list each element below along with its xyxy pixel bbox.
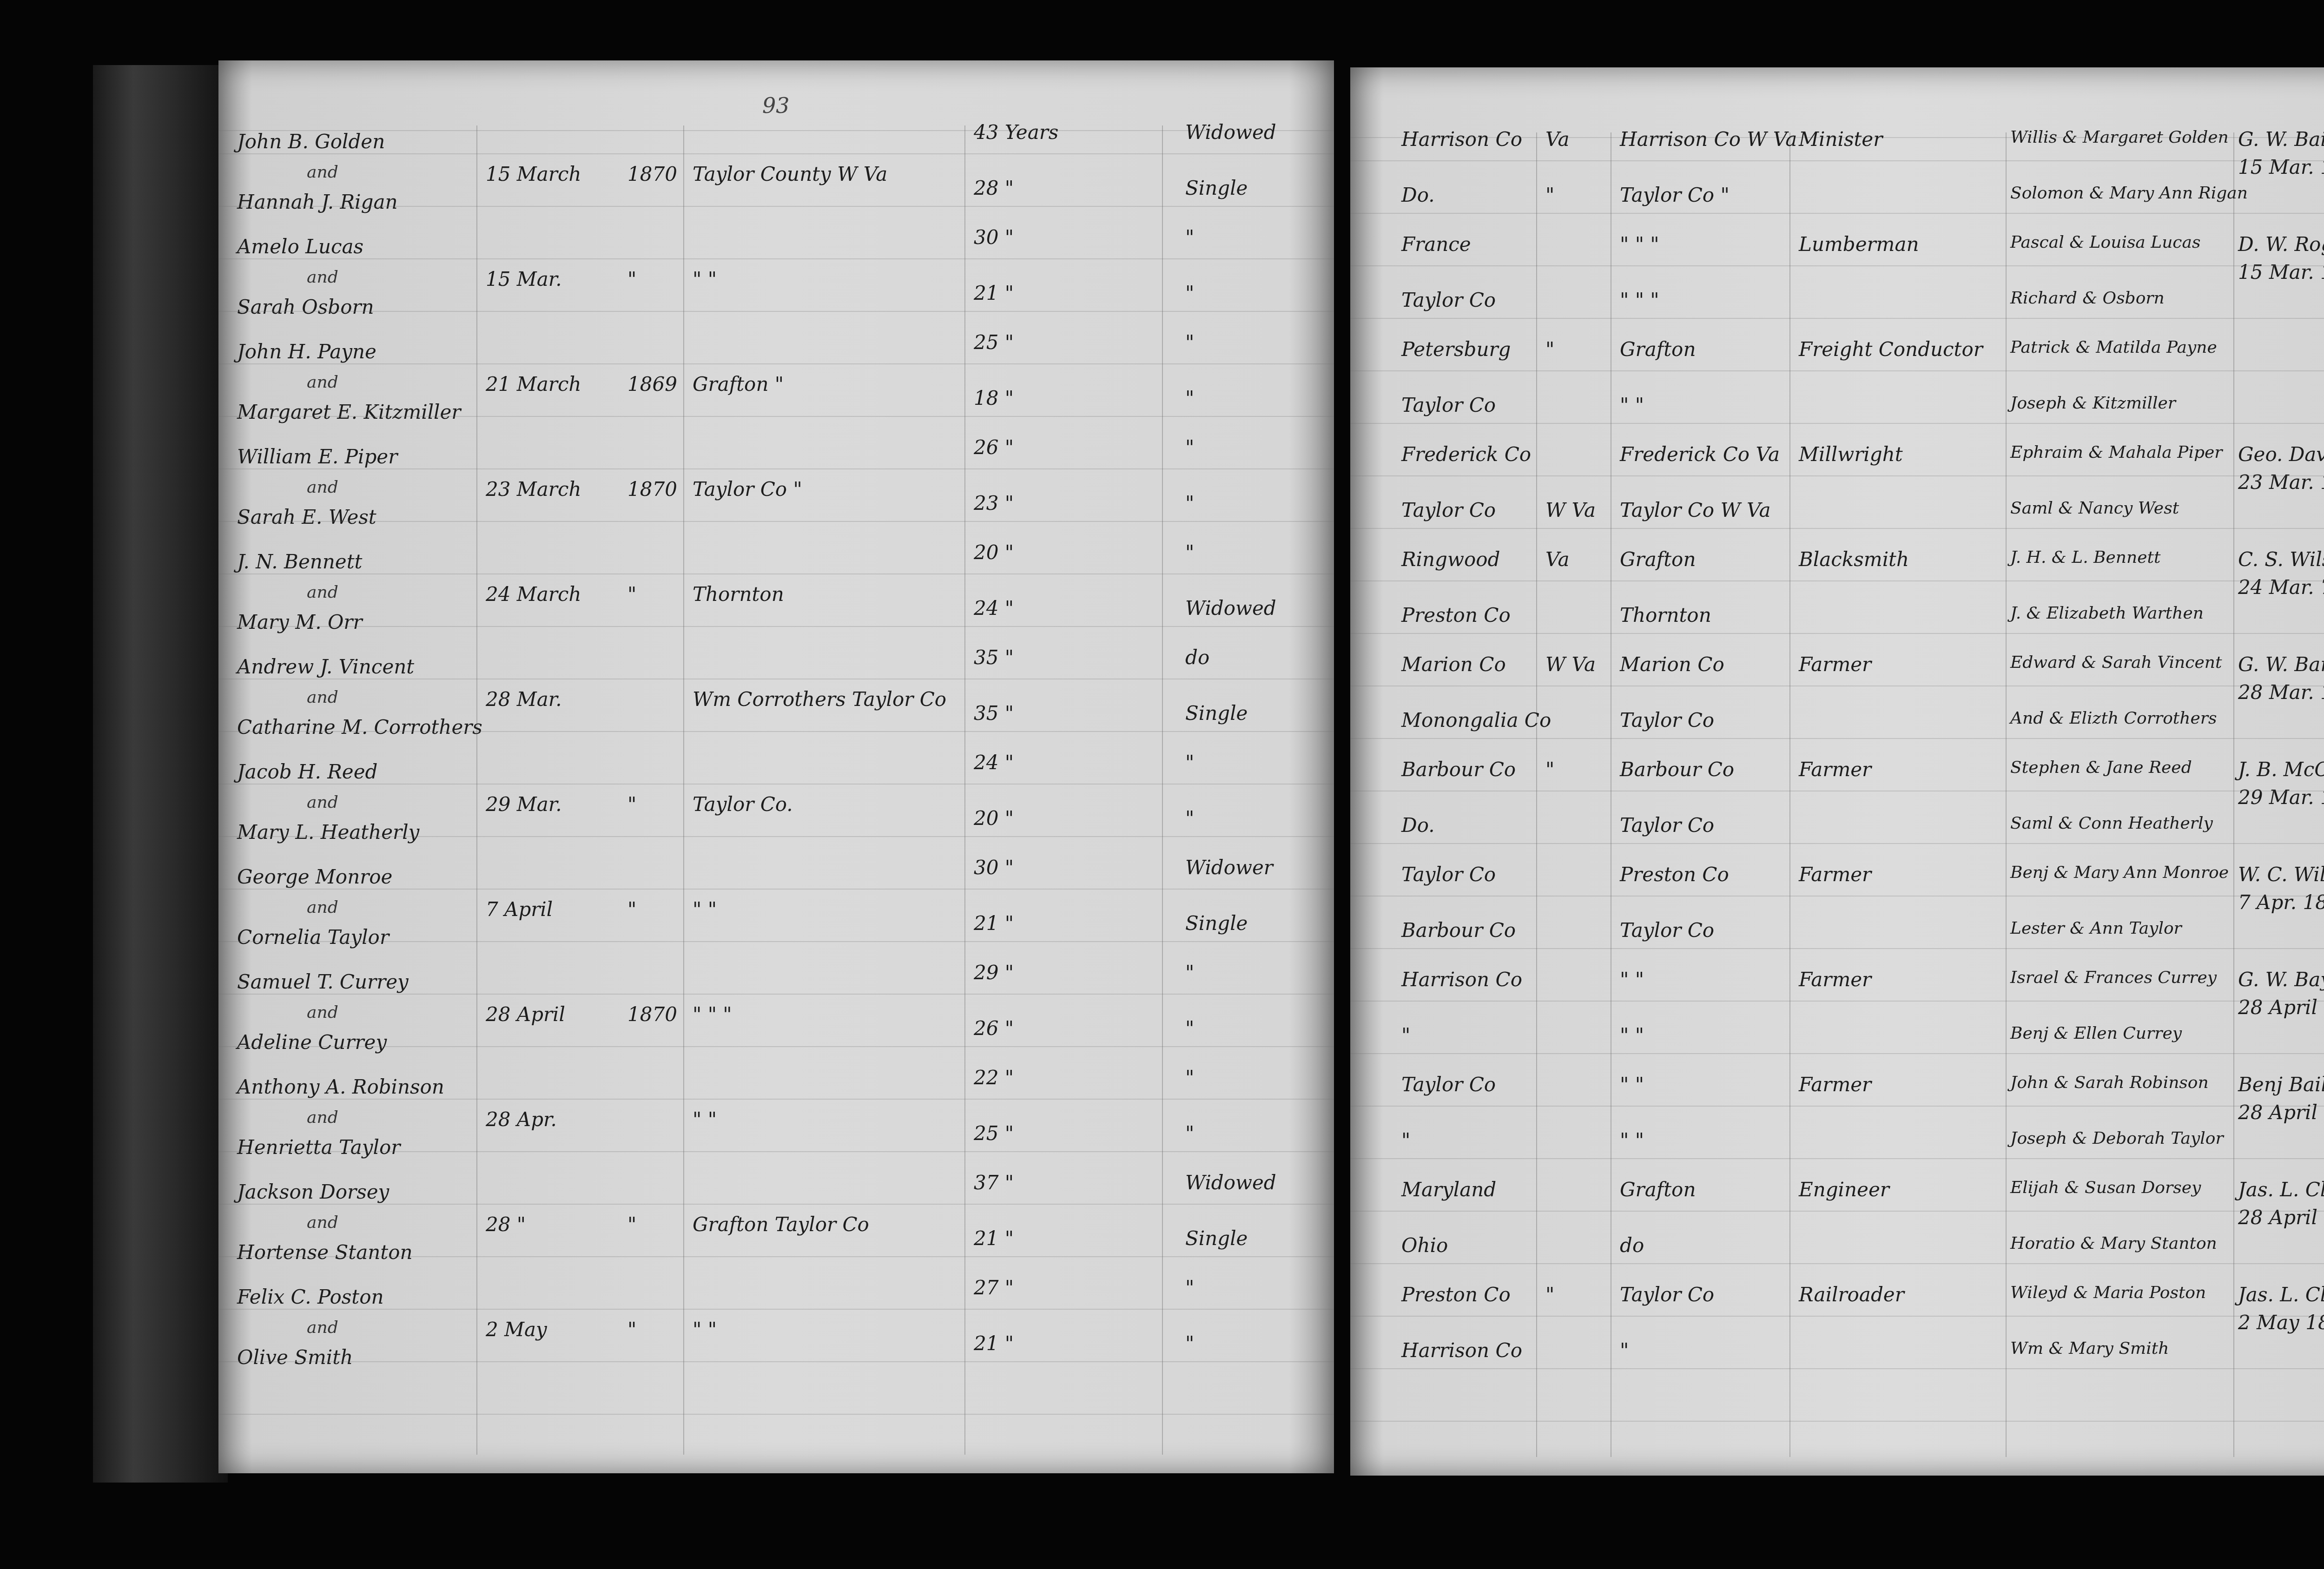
bride-birthplace: Ohio bbox=[1401, 1234, 1448, 1257]
marriage-year: " bbox=[627, 583, 636, 606]
groom-parents: J. H. & L. Bennett bbox=[2010, 548, 2160, 567]
groom-residence: Barbour Co bbox=[1620, 758, 1734, 781]
bride-name: Catharine M. Corrothers bbox=[237, 716, 482, 738]
groom-name: William E. Piper bbox=[237, 445, 397, 468]
ruled-line bbox=[218, 1361, 1334, 1362]
header-rule bbox=[218, 130, 1334, 131]
groom-age: 30 " bbox=[974, 226, 1014, 249]
bride-residence: " " bbox=[1620, 1024, 1644, 1047]
groom-parents: Benj & Mary Ann Monroe bbox=[2010, 863, 2229, 882]
column-divider bbox=[964, 125, 965, 1455]
officiant-date: 28 April 1870 bbox=[2238, 1101, 2324, 1124]
marriage-date: 28 " bbox=[486, 1213, 526, 1236]
bride-age: 23 " bbox=[974, 492, 1014, 514]
groom-residence: Taylor Co bbox=[1620, 1283, 1714, 1306]
groom-birthplace: Maryland bbox=[1401, 1178, 1496, 1201]
groom-name: J. N. Bennett bbox=[237, 550, 362, 573]
ruled-line bbox=[1350, 791, 2324, 791]
bride-age: 21 " bbox=[974, 912, 1014, 935]
groom-name: John B. Golden bbox=[237, 130, 385, 153]
bride-birthplace: Taylor Co bbox=[1401, 499, 1496, 521]
marriage-place: " " bbox=[693, 898, 717, 921]
bride-status: Single bbox=[1185, 1227, 1248, 1250]
bride-birthplace: " bbox=[1401, 1024, 1410, 1047]
marriage-date: 28 Mar. bbox=[486, 688, 562, 711]
groom-status: Widower bbox=[1185, 856, 1273, 879]
ruled-line bbox=[1350, 370, 2324, 371]
groom-residence: Grafton bbox=[1620, 338, 1696, 361]
bride-status: " bbox=[1185, 282, 1194, 304]
ruled-line bbox=[1350, 318, 2324, 319]
ruled-line bbox=[1350, 686, 2324, 686]
groom-parents: Willis & Margaret Golden bbox=[2010, 128, 2229, 147]
marriage-date: 28 Apr. bbox=[486, 1108, 557, 1131]
ruled-line bbox=[1350, 1421, 2324, 1422]
bride-birthplace: Do. bbox=[1401, 184, 1435, 206]
bride-name: Hortense Stanton bbox=[237, 1241, 413, 1264]
and-connector: and bbox=[307, 898, 338, 917]
groom-residence: " " bbox=[1620, 1073, 1644, 1096]
bride-status: " bbox=[1185, 1332, 1194, 1355]
ruled-line bbox=[1350, 1053, 2324, 1054]
bride-birth-state: " bbox=[1545, 184, 1554, 206]
groom-residence: Frederick Co Va bbox=[1620, 443, 1780, 466]
bride-residence: Taylor Co bbox=[1620, 814, 1714, 837]
groom-residence: Grafton bbox=[1620, 548, 1696, 571]
groom-parents: Pascal & Louisa Lucas bbox=[2010, 233, 2200, 252]
bride-birthplace: Taylor Co bbox=[1401, 289, 1496, 311]
bride-parents: And & Elizth Corrothers bbox=[2010, 709, 2217, 728]
column-divider bbox=[1611, 132, 1611, 1457]
ruled-line bbox=[218, 1309, 1334, 1310]
occupation: Millwright bbox=[1799, 443, 1903, 466]
marriage-place: Grafton " bbox=[693, 373, 784, 396]
groom-name: Amelo Lucas bbox=[237, 235, 363, 258]
groom-status: do bbox=[1185, 646, 1209, 669]
groom-residence: " " bbox=[1620, 968, 1644, 991]
officiant: G. W. Bayly bbox=[2238, 968, 2324, 991]
bride-name: Olive Smith bbox=[237, 1346, 353, 1369]
ruled-line bbox=[218, 258, 1334, 259]
marriage-place: " " bbox=[693, 1318, 717, 1341]
ruled-line bbox=[1350, 1106, 2324, 1107]
ruled-line bbox=[218, 311, 1334, 312]
bride-age: 21 " bbox=[974, 1332, 1014, 1355]
marriage-date: 24 March bbox=[486, 583, 581, 606]
officiant: Jas. L. Clark bbox=[2238, 1283, 2324, 1306]
marriage-year: 1870 bbox=[627, 478, 677, 501]
bride-age: 21 " bbox=[974, 282, 1014, 304]
bride-residence: Taylor Co " bbox=[1620, 184, 1730, 206]
officiant: G. W. Bailey bbox=[2238, 128, 2324, 151]
bride-residence: " " " bbox=[1620, 289, 1659, 311]
groom-birth-state: W Va bbox=[1545, 653, 1596, 676]
groom-parents: Israel & Frances Currey bbox=[2010, 968, 2217, 987]
ruled-line bbox=[1350, 1158, 2324, 1159]
ruled-line bbox=[218, 363, 1334, 364]
ruled-line bbox=[1350, 948, 2324, 949]
occupation: Farmer bbox=[1799, 863, 1871, 886]
groom-name: Felix C. Poston bbox=[237, 1286, 384, 1308]
bride-status: " bbox=[1185, 1122, 1194, 1145]
bride-name: Mary M. Orr bbox=[237, 611, 363, 633]
groom-status: " bbox=[1185, 331, 1194, 354]
groom-name: Anthony A. Robinson bbox=[237, 1075, 444, 1098]
groom-age: 35 " bbox=[974, 646, 1014, 669]
ruled-line bbox=[1350, 1263, 2324, 1264]
marriage-place: Taylor County W Va bbox=[693, 163, 887, 185]
marriage-year: " bbox=[627, 1213, 636, 1236]
column-divider bbox=[2233, 132, 2234, 1457]
ruled-line bbox=[218, 521, 1334, 522]
officiant: J. B. McCormick bbox=[2238, 758, 2324, 781]
marriage-place: " " " bbox=[693, 1003, 732, 1026]
ruled-line bbox=[1350, 738, 2324, 739]
officiant-date: 24 Mar. 70 bbox=[2238, 576, 2324, 599]
bride-birthplace: Monongalia Co bbox=[1401, 709, 1551, 732]
bride-birthplace: Harrison Co bbox=[1401, 1339, 1522, 1362]
occupation: Farmer bbox=[1799, 653, 1871, 676]
marriage-date: 29 Mar. bbox=[486, 793, 562, 816]
groom-status: " bbox=[1185, 1276, 1194, 1299]
groom-birthplace: Barbour Co bbox=[1401, 758, 1516, 781]
ruled-line bbox=[1350, 633, 2324, 634]
and-connector: and bbox=[307, 1213, 338, 1232]
ruled-line bbox=[218, 1256, 1334, 1257]
officiant-date: 28 Mar. 1870 bbox=[2238, 681, 2324, 704]
groom-residence: Grafton bbox=[1620, 1178, 1696, 1201]
occupation: Engineer bbox=[1799, 1178, 1889, 1201]
bride-status: " bbox=[1185, 1017, 1194, 1040]
groom-residence: " " " bbox=[1620, 233, 1659, 256]
ruled-line bbox=[218, 731, 1334, 732]
officiant-date: 7 Apr. 1870 bbox=[2238, 891, 2324, 914]
bride-residence: " " bbox=[1620, 394, 1644, 416]
ruled-line bbox=[218, 836, 1334, 837]
groom-name: Jackson Dorsey bbox=[237, 1180, 389, 1203]
ruled-line bbox=[218, 1204, 1334, 1205]
ruled-line bbox=[1350, 580, 2324, 581]
groom-birth-state: " bbox=[1545, 758, 1554, 781]
bride-status: " bbox=[1185, 807, 1194, 830]
groom-age: 20 " bbox=[974, 541, 1014, 564]
bride-status: " bbox=[1185, 387, 1194, 409]
bride-birth-state: W Va bbox=[1545, 499, 1596, 521]
bride-age: 24 " bbox=[974, 597, 1014, 620]
bride-birthplace: Do. bbox=[1401, 814, 1435, 837]
bride-age: 18 " bbox=[974, 387, 1014, 409]
and-connector: and bbox=[307, 268, 338, 287]
bride-age: 28 " bbox=[974, 177, 1014, 199]
groom-birthplace: Taylor Co bbox=[1401, 863, 1496, 886]
groom-age: 25 " bbox=[974, 331, 1014, 354]
occupation: Farmer bbox=[1799, 968, 1871, 991]
marriage-date: 7 April bbox=[486, 898, 553, 921]
bride-parents: Lester & Ann Taylor bbox=[2010, 919, 2182, 938]
bride-age: 26 " bbox=[974, 1017, 1014, 1040]
marriage-date: 15 Mar. bbox=[486, 268, 562, 290]
ruled-line bbox=[1350, 213, 2324, 214]
ruled-line bbox=[1350, 265, 2324, 266]
column-divider bbox=[683, 125, 684, 1455]
bride-birthplace: " bbox=[1401, 1129, 1410, 1152]
ruled-line bbox=[218, 626, 1334, 627]
officiant-date: 28 April 1870 bbox=[2238, 996, 2324, 1019]
and-connector: and bbox=[307, 1003, 338, 1022]
groom-birthplace: Petersburg bbox=[1401, 338, 1511, 361]
groom-parents: Elijah & Susan Dorsey bbox=[2010, 1178, 2201, 1197]
groom-age: 27 " bbox=[974, 1276, 1014, 1299]
ruled-line bbox=[218, 941, 1334, 942]
bride-age: 21 " bbox=[974, 1227, 1014, 1250]
ruled-line bbox=[218, 416, 1334, 417]
officiant: C. S. Wilson bbox=[2238, 548, 2324, 571]
marriage-year: " bbox=[627, 793, 636, 816]
book-edge-left bbox=[93, 65, 228, 1483]
officiant-date: 23 Mar. 1870 bbox=[2238, 471, 2324, 494]
officiant: Jas. L. Clark bbox=[2238, 1178, 2324, 1201]
column-divider bbox=[476, 125, 477, 1455]
marriage-place: " " bbox=[693, 268, 717, 290]
groom-age: 22 " bbox=[974, 1066, 1014, 1089]
groom-parents: Wileyd & Maria Poston bbox=[2010, 1283, 2206, 1302]
officiant: G. W. Barrett bbox=[2238, 653, 2324, 676]
officiant-date: 28 April 1870 bbox=[2238, 1206, 2324, 1229]
and-connector: and bbox=[307, 1318, 338, 1337]
bride-parents: Wm & Mary Smith bbox=[2010, 1339, 2169, 1358]
bride-name: Sarah E. West bbox=[237, 506, 376, 528]
groom-age: 43 Years bbox=[974, 121, 1058, 144]
column-divider bbox=[1789, 132, 1790, 1457]
groom-birthplace: Harrison Co bbox=[1401, 128, 1522, 151]
groom-age: 30 " bbox=[974, 856, 1014, 879]
ruled-line bbox=[218, 468, 1334, 469]
groom-birth-state: " bbox=[1545, 1283, 1554, 1306]
ruled-line bbox=[1350, 1001, 2324, 1002]
officiant: Benj Bailey bbox=[2238, 1073, 2324, 1096]
groom-residence: Preston Co bbox=[1620, 863, 1729, 886]
column-divider bbox=[2006, 132, 2007, 1457]
groom-name: John H. Payne bbox=[237, 340, 376, 363]
marriage-place: Taylor Co. bbox=[693, 793, 793, 816]
ruled-line bbox=[218, 206, 1334, 207]
groom-residence: Marion Co bbox=[1620, 653, 1724, 676]
left-page: 93 John B. Golden and Hannah J. Rigan 15… bbox=[218, 60, 1334, 1473]
ruled-line bbox=[218, 889, 1334, 890]
bride-birthplace: Preston Co bbox=[1401, 604, 1511, 626]
groom-birth-state: Va bbox=[1545, 548, 1570, 571]
officiant: Geo. Davidson bbox=[2238, 443, 2324, 466]
marriage-place: Grafton Taylor Co bbox=[693, 1213, 869, 1236]
groom-parents: Edward & Sarah Vincent bbox=[2010, 653, 2222, 672]
and-connector: and bbox=[307, 163, 338, 182]
occupation: Lumberman bbox=[1799, 233, 1919, 256]
bride-parents: Saml & Nancy West bbox=[2010, 499, 2179, 518]
bride-status: Single bbox=[1185, 702, 1248, 725]
bride-name: Adeline Currey bbox=[237, 1031, 387, 1054]
bride-status: Widowed bbox=[1185, 597, 1276, 620]
right-page: Harrison Co Va Do. " Harrison Co W Va Ta… bbox=[1350, 67, 2324, 1476]
bride-name: Mary L. Heatherly bbox=[237, 821, 419, 844]
bride-name: Margaret E. Kitzmiller bbox=[237, 401, 461, 423]
bride-name: Henrietta Taylor bbox=[237, 1136, 400, 1159]
groom-name: Andrew J. Vincent bbox=[237, 655, 414, 678]
occupation: Farmer bbox=[1799, 1073, 1871, 1096]
groom-parents: John & Sarah Robinson bbox=[2010, 1073, 2209, 1092]
ruled-line bbox=[218, 1099, 1334, 1100]
and-connector: and bbox=[307, 688, 338, 707]
bride-residence: Taylor Co bbox=[1620, 709, 1714, 732]
bride-age: 25 " bbox=[974, 1122, 1014, 1145]
bride-name: Hannah J. Rigan bbox=[237, 191, 398, 213]
groom-status: " bbox=[1185, 436, 1194, 459]
groom-birthplace: Frederick Co bbox=[1401, 443, 1531, 466]
officiant: D. W. Rogers bbox=[2238, 233, 2324, 256]
and-connector: and bbox=[307, 478, 338, 497]
bride-name: Cornelia Taylor bbox=[237, 926, 389, 949]
ruled-line bbox=[218, 784, 1334, 784]
groom-birthplace: Taylor Co bbox=[1401, 1073, 1496, 1096]
and-connector: and bbox=[307, 793, 338, 812]
marriage-place: Taylor Co " bbox=[693, 478, 802, 501]
and-connector: and bbox=[307, 373, 338, 392]
groom-birth-state: Va bbox=[1545, 128, 1570, 151]
ruled-line bbox=[1350, 1211, 2324, 1212]
ruled-line bbox=[1350, 423, 2324, 424]
column-divider bbox=[1162, 125, 1163, 1455]
ledger-book: 93 John B. Golden and Hannah J. Rigan 15… bbox=[0, 0, 2324, 1569]
marriage-year: " bbox=[627, 898, 636, 921]
ruled-line bbox=[1350, 1316, 2324, 1317]
occupation: Blacksmith bbox=[1799, 548, 1909, 571]
bride-parents: Joseph & Deborah Taylor bbox=[2010, 1129, 2224, 1148]
ruled-line bbox=[1350, 896, 2324, 897]
groom-birthplace: Preston Co bbox=[1401, 1283, 1511, 1306]
and-connector: and bbox=[307, 583, 338, 602]
ruled-line bbox=[1350, 1368, 2324, 1369]
bride-parents: J. & Elizabeth Warthen bbox=[2010, 604, 2204, 623]
ruled-line bbox=[1350, 475, 2324, 476]
marriage-place: Wm Corrothers Taylor Co bbox=[693, 688, 946, 711]
ruled-line bbox=[218, 1414, 1334, 1415]
marriage-year: 1869 bbox=[627, 373, 677, 396]
officiant-date: 15 Mar. 1870 bbox=[2238, 156, 2324, 178]
groom-parents: Patrick & Matilda Payne bbox=[2010, 338, 2217, 357]
officiant: W. C. Wilson bbox=[2238, 863, 2324, 886]
ruled-line bbox=[218, 574, 1334, 574]
ruled-line bbox=[218, 1151, 1334, 1152]
column-divider bbox=[1536, 132, 1537, 1457]
ruled-line bbox=[1350, 160, 2324, 161]
groom-name: George Monroe bbox=[237, 865, 392, 888]
bride-status: Single bbox=[1185, 912, 1248, 935]
bride-parents: Horatio & Mary Stanton bbox=[2010, 1234, 2217, 1253]
bride-residence: " " bbox=[1620, 1129, 1644, 1152]
occupation: Freight Conductor bbox=[1799, 338, 1983, 361]
marriage-year: 1870 bbox=[627, 163, 677, 185]
groom-residence: Harrison Co W Va bbox=[1620, 128, 1797, 151]
bride-parents: Benj & Ellen Currey bbox=[2010, 1024, 2182, 1043]
groom-birthplace: France bbox=[1401, 233, 1471, 256]
groom-age: 24 " bbox=[974, 751, 1014, 774]
marriage-date: 21 March bbox=[486, 373, 581, 396]
marriage-year: 1870 bbox=[627, 1003, 677, 1026]
groom-birth-state: " bbox=[1545, 338, 1554, 361]
bride-residence: " bbox=[1620, 1339, 1629, 1362]
groom-name: Jacob H. Reed bbox=[237, 760, 377, 783]
ruled-line bbox=[218, 679, 1334, 679]
ruled-line bbox=[218, 153, 1334, 154]
groom-birthplace: Marion Co bbox=[1401, 653, 1506, 676]
bride-status: Single bbox=[1185, 177, 1248, 199]
occupation: Minister bbox=[1799, 128, 1882, 151]
bride-birthplace: Taylor Co bbox=[1401, 394, 1496, 416]
groom-age: 29 " bbox=[974, 961, 1014, 984]
groom-status: " bbox=[1185, 751, 1194, 774]
bride-age: 20 " bbox=[974, 807, 1014, 830]
ruled-line bbox=[1350, 843, 2324, 844]
page-number: 93 bbox=[762, 93, 790, 118]
and-connector: and bbox=[307, 1108, 338, 1127]
bride-name: Sarah Osborn bbox=[237, 296, 374, 318]
groom-parents: Ephraim & Mahala Piper bbox=[2010, 443, 2222, 462]
marriage-date: 2 May bbox=[486, 1318, 547, 1341]
groom-name: Samuel T. Currey bbox=[237, 970, 409, 993]
bride-residence: Taylor Co W Va bbox=[1620, 499, 1770, 521]
officiant-date: 29 Mar. 1870 bbox=[2238, 786, 2324, 809]
bride-birthplace: Barbour Co bbox=[1401, 919, 1516, 942]
groom-status: " bbox=[1185, 226, 1194, 249]
groom-age: 26 " bbox=[974, 436, 1014, 459]
groom-status: Widowed bbox=[1185, 121, 1276, 144]
bride-status: " bbox=[1185, 492, 1194, 514]
occupation: Railroader bbox=[1799, 1283, 1904, 1306]
marriage-place: " " bbox=[693, 1108, 717, 1131]
groom-status: " bbox=[1185, 961, 1194, 984]
bride-parents: Solomon & Mary Ann Rigan bbox=[2010, 184, 2248, 203]
bride-residence: do bbox=[1620, 1234, 1644, 1257]
groom-status: " bbox=[1185, 541, 1194, 564]
groom-status: " bbox=[1185, 1066, 1194, 1089]
bride-parents: Joseph & Kitzmiller bbox=[2010, 394, 2176, 413]
marriage-date: 15 March bbox=[486, 163, 581, 185]
ruled-line bbox=[218, 1046, 1334, 1047]
groom-birthplace: Harrison Co bbox=[1401, 968, 1522, 991]
bride-age: 35 " bbox=[974, 702, 1014, 725]
ruled-line bbox=[218, 994, 1334, 995]
bride-parents: Richard & Osborn bbox=[2010, 289, 2165, 308]
bride-residence: Thornton bbox=[1620, 604, 1711, 626]
groom-status: Widowed bbox=[1185, 1171, 1276, 1194]
marriage-date: 28 April bbox=[486, 1003, 565, 1026]
groom-age: 37 " bbox=[974, 1171, 1014, 1194]
marriage-place: Thornton bbox=[693, 583, 784, 606]
marriage-year: " bbox=[627, 268, 636, 290]
bride-parents: Saml & Conn Heatherly bbox=[2010, 814, 2213, 833]
officiant-date: 15 Mar. 1870 bbox=[2238, 261, 2324, 283]
groom-parents: Stephen & Jane Reed bbox=[2010, 758, 2192, 777]
occupation: Farmer bbox=[1799, 758, 1871, 781]
officiant-date: 2 May 1870 bbox=[2238, 1311, 2324, 1334]
groom-birthplace: Ringwood bbox=[1401, 548, 1500, 571]
marriage-year: " bbox=[627, 1318, 636, 1341]
bride-residence: Taylor Co bbox=[1620, 919, 1714, 942]
marriage-date: 23 March bbox=[486, 478, 581, 501]
ruled-line bbox=[1350, 528, 2324, 529]
